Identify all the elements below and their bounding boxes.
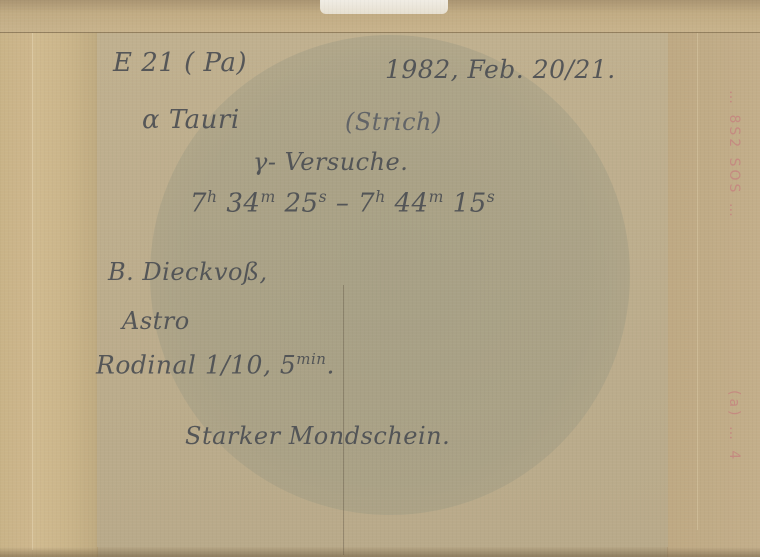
time-separator: – <box>336 189 350 219</box>
red-stamp-top: … 8S2 SOS … <box>726 90 742 220</box>
red-stamp-bottom: (a) … 4 <box>726 390 742 462</box>
bottom-edge <box>0 547 760 557</box>
end-hour: 7 <box>358 189 375 219</box>
observer-name: B. Dieckvoß, <box>108 258 268 286</box>
fold-line <box>343 285 344 555</box>
right-flap <box>667 0 760 557</box>
exposure-time: 7h 34m 25s – 7h 44m 15s <box>190 188 495 219</box>
plate-envelope: E 21 ( Pa) 1982, Feb. 20/21. α Tauri (St… <box>0 0 760 557</box>
object-note: (Strich) <box>345 108 442 136</box>
start-second: 25 <box>285 189 319 219</box>
end-minute: 44 <box>395 189 429 219</box>
plate-id: E 21 ( Pa) <box>113 48 247 78</box>
object-name: α Tauri <box>142 105 240 135</box>
left-flap <box>0 0 98 557</box>
top-glare <box>320 0 448 14</box>
developer-info: Rodinal 1/10, 5min. <box>96 350 335 379</box>
left-flap-fold <box>32 20 95 550</box>
observation-date: 1982, Feb. 20/21. <box>385 55 616 84</box>
remark: Starker Mondschein. <box>185 422 450 450</box>
developer-time-unit: min <box>296 350 326 368</box>
start-minute: 34 <box>226 189 260 219</box>
experiment-label: γ- Versuche. <box>253 148 408 176</box>
end-second: 15 <box>453 189 487 219</box>
developer-text: Rodinal 1/10, 5 <box>96 350 296 379</box>
emulsion-type: Astro <box>122 307 190 335</box>
start-hour: 7 <box>190 189 207 219</box>
